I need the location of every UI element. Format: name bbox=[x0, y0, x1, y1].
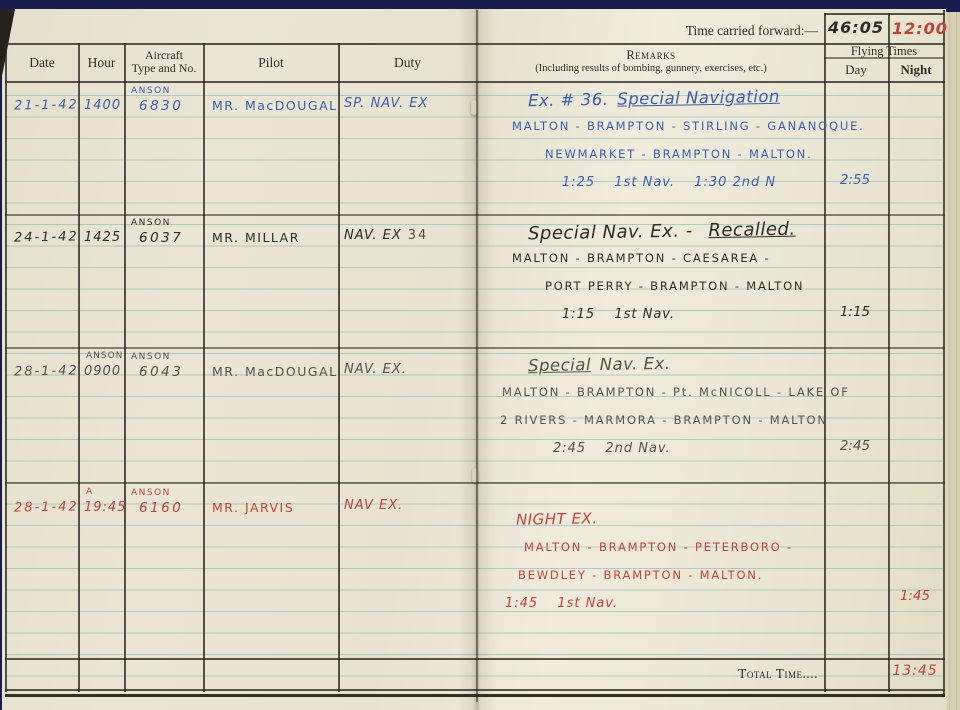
remarks-text: Ex. # 36. bbox=[528, 90, 618, 111]
duty-text: NAV EX. bbox=[344, 498, 403, 513]
aircraft-number: 6043 bbox=[139, 364, 183, 380]
remarks-line-3: BEWDLEY - BRAMPTON - MALTON. bbox=[518, 568, 763, 582]
row-divider bbox=[5, 658, 945, 660]
log-entry-row: 28-1-42 A 19:45 ANSON 6160 MR. JARVIS NA… bbox=[0, 488, 960, 622]
aircraft-number: 6830 bbox=[139, 98, 183, 114]
remarks-line-2: MALTON - BRAMPTON - CAESAREA - bbox=[512, 251, 771, 265]
grid-line bbox=[5, 694, 945, 697]
date-cell: 28-1-42 bbox=[14, 499, 79, 515]
column-header-night: Night bbox=[889, 62, 943, 78]
aircraft-number: 6160 bbox=[139, 500, 183, 516]
grid-line bbox=[5, 689, 945, 691]
remarks-line-2: MALTON - BRAMPTON - PETERBORO - bbox=[524, 540, 793, 554]
pilot-cell: MR. MacDOUGAL bbox=[212, 364, 338, 379]
column-header-pilot: Pilot bbox=[204, 55, 338, 71]
remarks-line-3: PORT PERRY - BRAMPTON - MALTON bbox=[545, 279, 804, 293]
column-header-duty: Duty bbox=[339, 55, 476, 71]
grid-line bbox=[5, 81, 945, 83]
grid-line bbox=[824, 13, 945, 15]
column-header-remarks: Remarks bbox=[478, 48, 824, 63]
remarks-line-4: 1:25 1st Nav. 1:30 2nd N bbox=[562, 175, 776, 190]
duty-text: NAV. EX. bbox=[344, 362, 407, 377]
column-header-aircraft: Aircraft Type and No. bbox=[125, 49, 203, 75]
pilot-cell: MR. MacDOUGAL bbox=[212, 98, 338, 113]
total-time-label: Total Time.... bbox=[478, 666, 818, 682]
aircraft-type: ANSON bbox=[131, 86, 171, 96]
duty-cell: SP. NAV. EX bbox=[344, 96, 428, 111]
remarks-line-3: 2 RIVERS - MARMORA - BRAMPTON - MALTON bbox=[500, 413, 828, 427]
aircraft-type: ANSON bbox=[131, 488, 171, 498]
aircraft-type: ANSON bbox=[131, 352, 171, 362]
grid-line bbox=[5, 43, 945, 45]
remarks-line-1: NIGHT EX. bbox=[516, 509, 598, 528]
duty-cell: NAV. EX34 bbox=[344, 228, 428, 243]
log-entry-row: 21-1-42 1400 ANSON 6830 MR. MacDOUGAL SP… bbox=[0, 86, 960, 220]
hour-cell: 1400 bbox=[84, 98, 121, 113]
remarks-line-2: MALTON - BRAMPTON - STIRLING - GANANOQUE… bbox=[512, 119, 865, 133]
pilot-cell: MR. JARVIS bbox=[212, 500, 294, 515]
hour-cell: 19:45 bbox=[84, 500, 126, 515]
remarks-line-1: Ex. # 36. Special Navigation bbox=[528, 87, 780, 110]
hour-cell: 0900 bbox=[84, 364, 121, 379]
remarks-line-4: 1:15 1st Nav. bbox=[562, 307, 675, 322]
carried-forward-day-value: 46:05 bbox=[828, 18, 884, 37]
duty-cell: NAV. EX. bbox=[344, 362, 407, 377]
log-entry-row: 28-1-42 ANSON 0900 ANSON 6043 MR. MacDOU… bbox=[0, 352, 960, 486]
remarks-line-4: 1:45 1st Nav. bbox=[505, 596, 618, 611]
duty-pencil-note: 34 bbox=[408, 228, 429, 243]
duty-text: SP. NAV. EX bbox=[344, 96, 428, 111]
remarks-text: NIGHT EX. bbox=[516, 509, 598, 528]
remarks-line-1: Special Nav. Ex. bbox=[528, 354, 671, 375]
date-cell: 24-1-42 bbox=[14, 229, 79, 245]
remarks-underlined-text: Special bbox=[528, 355, 591, 375]
remarks-text: Special Nav. Ex. - bbox=[528, 220, 709, 244]
night-time-cell: 1:45 bbox=[890, 588, 940, 604]
logbook-scan: Time carried forward:— 46:05 12:00 Date … bbox=[0, 0, 960, 710]
day-time-cell: 2:45 bbox=[826, 438, 884, 454]
column-header-flying-times: Flying Times bbox=[825, 44, 943, 59]
hour-note: A bbox=[86, 487, 93, 497]
remarks-line-2: MALTON - BRAMPTON - Pt. McNICOLL - LAKE … bbox=[502, 385, 850, 399]
log-entry-row: 24-1-42 1425 ANSON 6037 MR. MILLAR NAV. … bbox=[0, 218, 960, 352]
date-cell: 21-1-42 bbox=[14, 97, 79, 113]
remarks-subtitle: (Including results of bombing, gunnery, … bbox=[478, 63, 824, 74]
duty-cell: NAV EX. bbox=[344, 498, 403, 513]
remarks-underlined-text: Recalled. bbox=[708, 219, 796, 242]
total-night-value: 13:45 bbox=[888, 663, 942, 679]
remarks-line-1: Special Nav. Ex. - Recalled. bbox=[528, 219, 796, 245]
remarks-underlined-text: Special Navigation bbox=[617, 87, 780, 109]
remarks-line-4: 2:45 2nd Nav. bbox=[553, 441, 671, 456]
aircraft-header-line1: Aircraft bbox=[145, 48, 183, 62]
time-carried-forward-label: Time carried forward:— bbox=[560, 23, 818, 39]
day-time-cell: 1:15 bbox=[826, 304, 884, 320]
column-header-hour: Hour bbox=[79, 55, 124, 71]
remarks-text: Nav. Ex. bbox=[591, 354, 671, 374]
date-cell: 28-1-42 bbox=[14, 363, 79, 379]
pilot-cell: MR. MILLAR bbox=[212, 230, 300, 245]
hour-note: ANSON bbox=[86, 351, 123, 361]
day-time-cell: 2:55 bbox=[826, 172, 884, 188]
duty-text: NAV. EX bbox=[344, 228, 402, 243]
hour-cell: 1425 bbox=[84, 230, 121, 245]
aircraft-header-line2: Type and No. bbox=[132, 61, 197, 75]
aircraft-number: 6037 bbox=[139, 230, 183, 246]
aircraft-type: ANSON bbox=[131, 218, 171, 228]
column-header-day: Day bbox=[825, 62, 887, 78]
carried-forward-night-value: 12:00 bbox=[892, 19, 942, 38]
remarks-line-3: NEWMARKET - BRAMPTON - MALTON. bbox=[545, 147, 813, 161]
column-header-date: Date bbox=[6, 55, 78, 71]
